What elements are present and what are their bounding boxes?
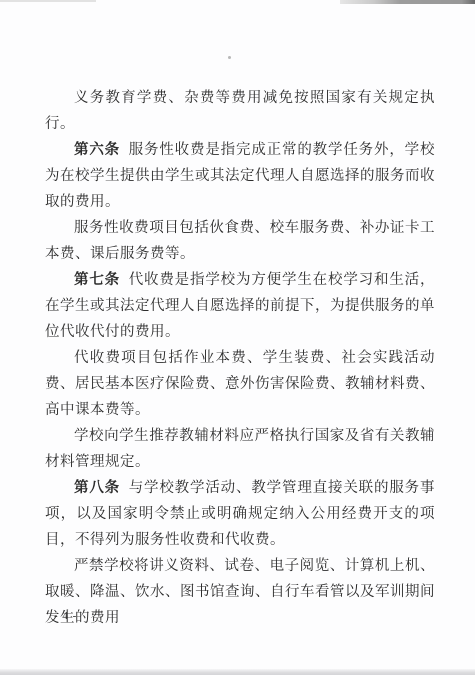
scan-artifact-top-right [340, 0, 475, 4]
paragraph-text: 严禁学校将讲义资料、试卷、电子阅览、计算机上机、取暖、降温、饮水、图书馆查询、自… [45, 558, 435, 626]
scan-artifact-bottom [0, 669, 475, 675]
paragraph-fee-waiver: 义务教育学费、杂费等费用减免按照国家有关规定执行。 [45, 85, 435, 137]
scan-speck [228, 56, 231, 59]
document-body: 义务教育学费、杂费等费用减免按照国家有关规定执行。 第六条服务性收费是指完成正常… [45, 85, 435, 631]
paragraph-service-fee-items: 服务性收费项目包括伙食费、校车服务费、补办证卡工本费、课后服务费等。 [45, 215, 435, 267]
article-term: 第八条 [74, 480, 120, 496]
paragraph-article-8: 第八条与学校教学活动、教学管理直接关联的服务事项，以及国家明令禁止或明确规定纳入… [45, 475, 435, 553]
scan-artifact-top-left [0, 0, 96, 2]
page-number: - 4 - [54, 610, 77, 622]
paragraph-teaching-materials: 学校向学生推荐教辅材料应严格执行国家及省有关教辅材料管理规定。 [45, 423, 435, 475]
paragraph-article-6: 第六条服务性收费是指完成正常的教学任务外，学校为在校学生提供由学生或其法定代理人… [45, 137, 435, 215]
article-term: 第七条 [74, 272, 120, 288]
paragraph-article-7: 第七条代收费是指学校为方便学生在校学习和生活，在学生或其法定代理人自愿选择的前提… [45, 267, 435, 345]
paragraph-text: 服务性收费项目包括伙食费、校车服务费、补办证卡工本费、课后服务费等。 [45, 220, 435, 262]
paragraph-text: 学校向学生推荐教辅材料应严格执行国家及省有关教辅材料管理规定。 [45, 428, 435, 470]
paragraph-text: 义务教育学费、杂费等费用减免按照国家有关规定执行。 [45, 90, 435, 132]
article-term: 第六条 [74, 142, 120, 158]
paragraph-text: 代收费项目包括作业本费、学生装费、社会实践活动费、居民基本医疗保险费、意外伤害保… [45, 350, 435, 418]
scanned-document-page: 义务教育学费、杂费等费用减免按照国家有关规定执行。 第六条服务性收费是指完成正常… [0, 0, 475, 675]
paragraph-prohibited-fees: 严禁学校将讲义资料、试卷、电子阅览、计算机上机、取暖、降温、饮水、图书馆查询、自… [45, 553, 435, 631]
paragraph-collected-fee-items: 代收费项目包括作业本费、学生装费、社会实践活动费、居民基本医疗保险费、意外伤害保… [45, 345, 435, 423]
